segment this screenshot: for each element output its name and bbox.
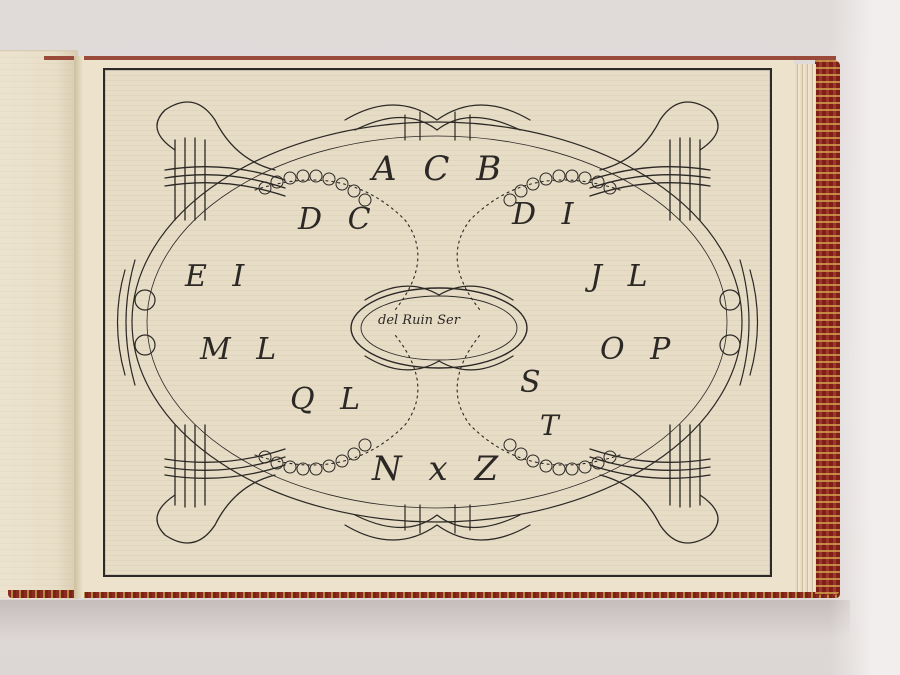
cover-fore-edge [815,60,840,595]
background-highlight [830,0,900,675]
book-shadow [0,600,850,640]
letters-lower-right-inner-a: S [520,368,549,398]
letters-left-middle: M L [200,335,284,365]
letters-lower-right-inner-b: T [540,412,567,440]
left-page [0,50,78,599]
letters-upper-left-inner: D C [298,205,379,235]
letters-right-middle: O P [600,335,678,365]
letters-right-upper: J L [590,262,655,292]
letters-left-upper: E I [185,262,252,292]
letters-top-center: A C B [372,152,509,186]
cartouche-signature: del Ruin Ser [378,313,460,328]
letters-bottom-center: N x Z [372,452,506,486]
letters-lower-left-inner: Q L [290,385,368,415]
letters-upper-right-inner: D I [512,200,581,230]
book-gutter [74,56,84,598]
